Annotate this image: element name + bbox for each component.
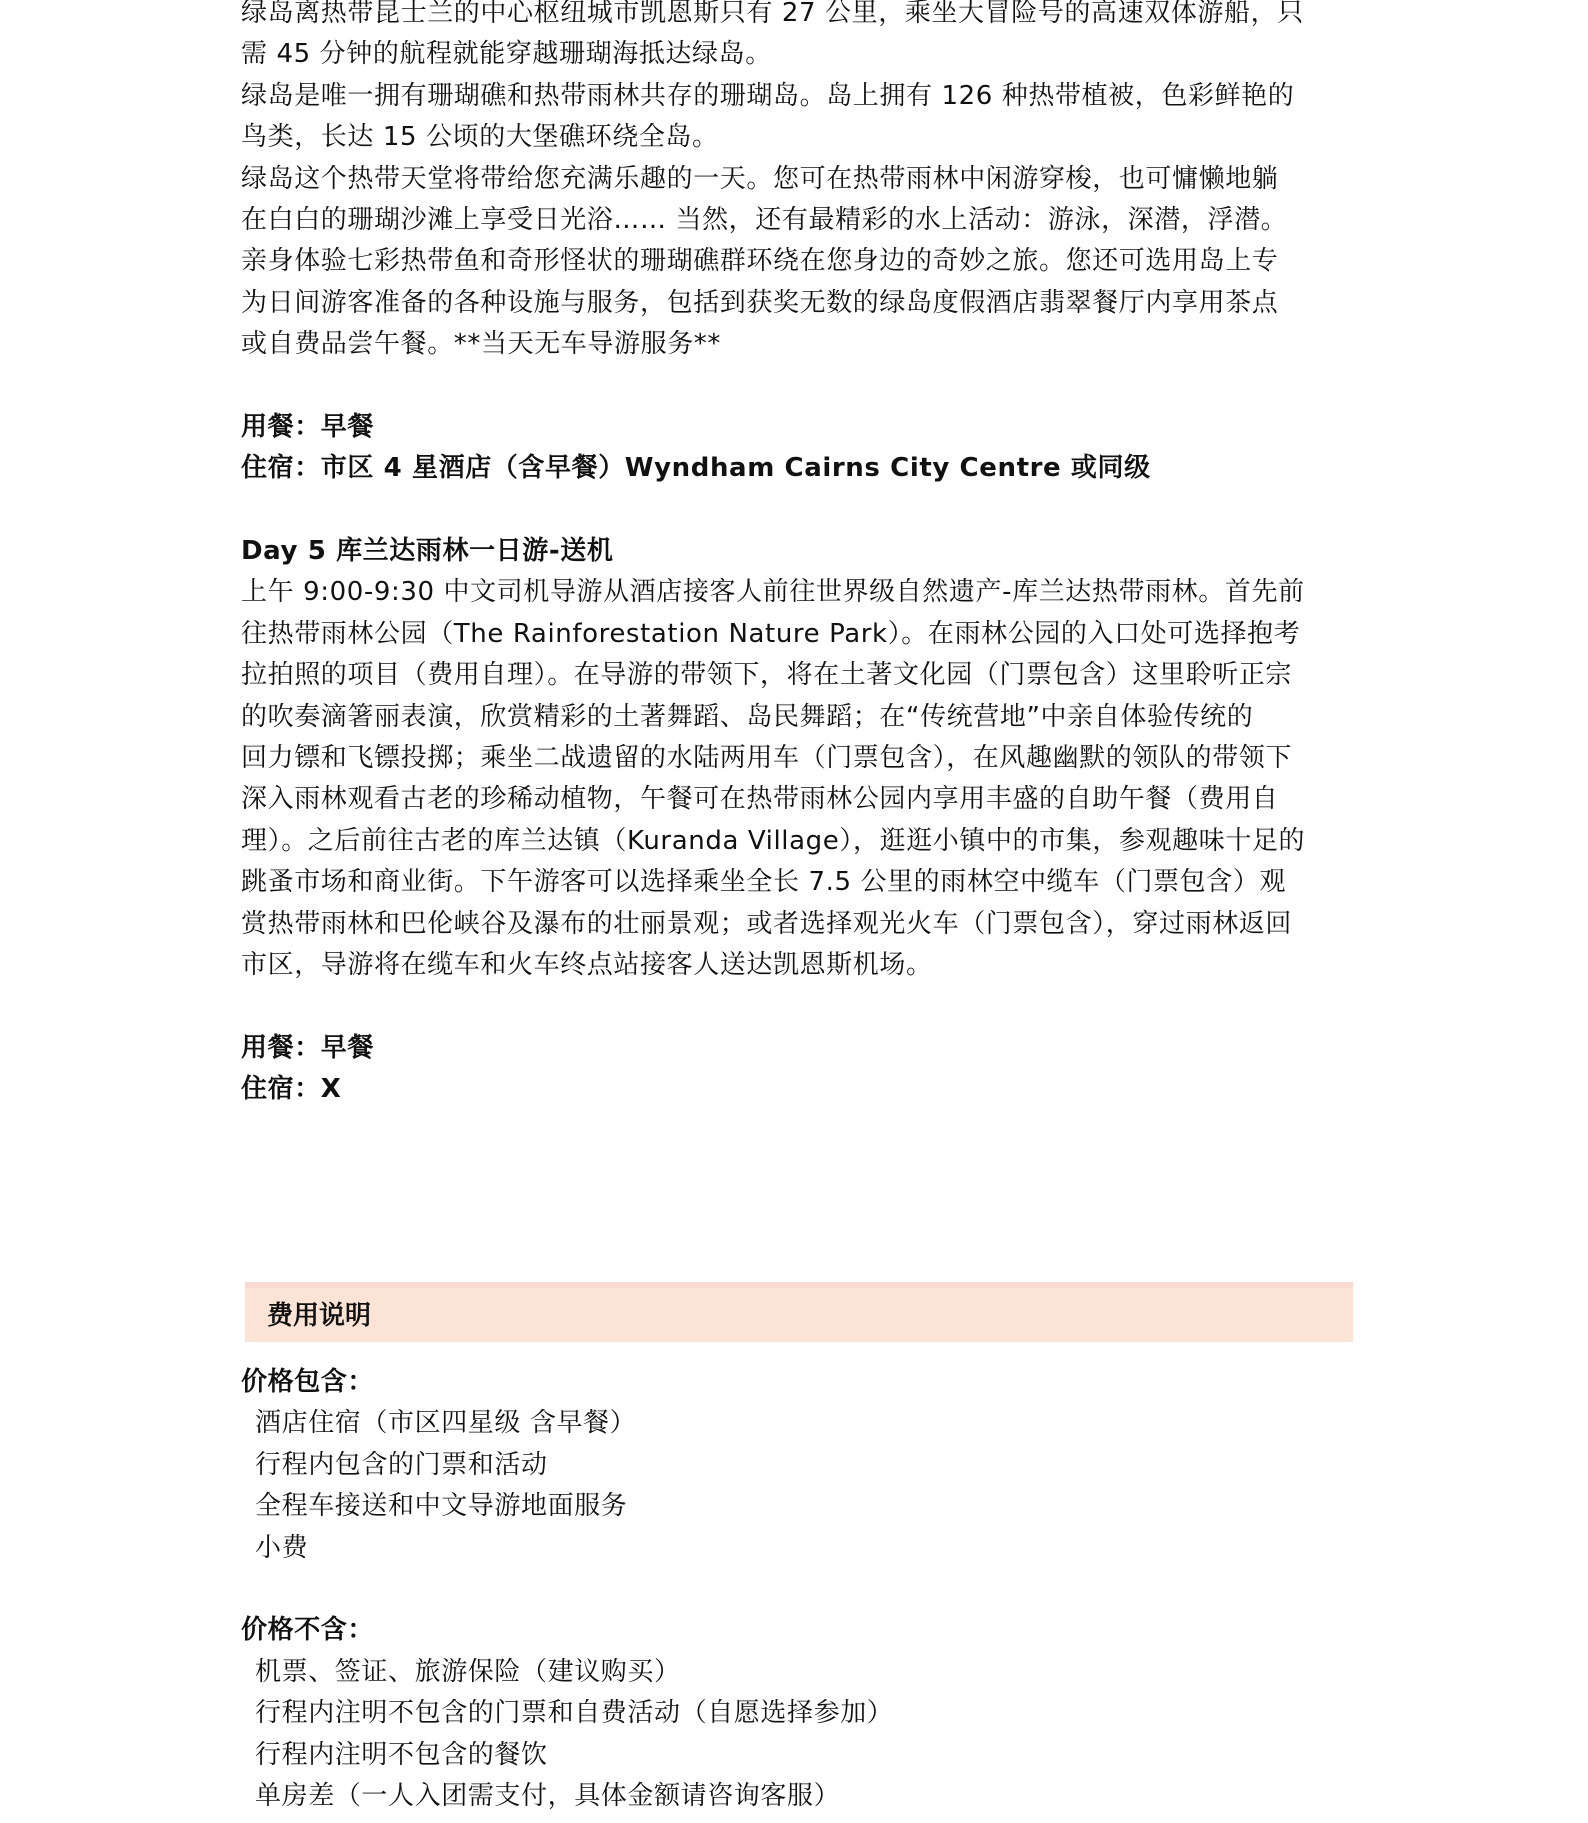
paragraph-line: 在白白的珊瑚沙滩上享受日光浴…… 当然，还有最精彩的水上活动：游泳，深潜，浮潜。: [241, 200, 1361, 241]
day5-meals: 用餐：早餐: [241, 1028, 1361, 1069]
paragraph-line: 或自费品尝午餐。**当天无车导游服务**: [241, 324, 1361, 365]
paragraph-line: 赏热带雨林和巴伦峡谷及瀑布的壮丽景观；或者选择观光火车（门票包含），穿过雨林返回: [241, 904, 1361, 945]
paragraph-line: 绿岛这个热带天堂将带给您充满乐趣的一天。您可在热带雨林中闲游穿梭，也可慵懒地躺: [241, 159, 1361, 200]
day5-lodging: 住宿：X: [241, 1069, 1361, 1110]
includes-item: 行程内包含的门票和活动: [241, 1445, 1361, 1486]
includes-title: 价格包含：: [241, 1362, 1361, 1403]
paragraph-line: 深入雨林观看古老的珍稀动植物，午餐可在热带雨林公园内享用丰盛的自助午餐（费用自: [241, 779, 1361, 820]
itinerary-body: 绿岛离热带昆士兰的中心枢纽城市凯恩斯只有 27 公里，乘坐大冒险号的高速双体游船…: [241, 0, 1361, 1111]
spacer: [241, 1569, 1361, 1610]
spacer: [241, 366, 1361, 407]
excludes-item: 行程内注明不包含的餐饮: [241, 1735, 1361, 1776]
paragraph-line: 亲身体验七彩热带鱼和奇形怪状的珊瑚礁群环绕在您身边的奇妙之旅。您还可选用岛上专: [241, 241, 1361, 282]
excludes-item: 行程内注明不包含的门票和自费活动（自愿选择参加）: [241, 1693, 1361, 1734]
excludes-title: 价格不含：: [241, 1610, 1361, 1651]
paragraph-line: 鸟类，长达 15 公顷的大堡礁环绕全岛。: [241, 117, 1361, 158]
paragraph-line: 回力镖和飞镖投掷；乘坐二战遗留的水陆两用车（门票包含），在风趣幽默的领队的带领下: [241, 738, 1361, 779]
paragraph-line: 上午 9:00-9:30 中文司机导游从酒店接客人前往世界级自然遗产-库兰达热带…: [241, 572, 1361, 613]
paragraph-line: 拉拍照的项目（费用自理）。在导游的带领下，将在土著文化园（门票包含）这里聆听正宗: [241, 655, 1361, 696]
fees-section-banner: 费用说明: [245, 1282, 1353, 1342]
includes-item: 酒店住宿（市区四星级 含早餐）: [241, 1403, 1361, 1444]
fees-section-title: 费用说明: [267, 1296, 371, 1336]
includes-item: 全程车接送和中文导游地面服务: [241, 1486, 1361, 1527]
day4-lodging: 住宿：市区 4 星酒店（含早餐）Wyndham Cairns City Cent…: [241, 448, 1361, 489]
excludes-item: 单房差（一人入团需支付，具体金额请咨询客服）: [241, 1776, 1361, 1817]
paragraph-line: 绿岛离热带昆士兰的中心枢纽城市凯恩斯只有 27 公里，乘坐大冒险号的高速双体游船…: [241, 0, 1361, 34]
paragraph-line: 绿岛是唯一拥有珊瑚礁和热带雨林共存的珊瑚岛。岛上拥有 126 种热带植被，色彩鲜…: [241, 76, 1361, 117]
includes-item: 小费: [241, 1528, 1361, 1569]
paragraph-line: 市区，导游将在缆车和火车终点站接客人送达凯恩斯机场。: [241, 945, 1361, 986]
paragraph-line: 需 45 分钟的航程就能穿越珊瑚海抵达绿岛。: [241, 34, 1361, 75]
paragraph-line: 为日间游客准备的各种设施与服务，包括到获奖无数的绿岛度假酒店翡翠餐厅内享用茶点: [241, 283, 1361, 324]
day5-title: Day 5 库兰达雨林一日游-送机: [241, 531, 1361, 572]
fees-section: 价格包含： 酒店住宿（市区四星级 含早餐） 行程内包含的门票和活动 全程车接送和…: [241, 1362, 1361, 1817]
excludes-item: 机票、签证、旅游保险（建议购买）: [241, 1652, 1361, 1693]
paragraph-line: 理）。之后前往古老的库兰达镇（Kuranda Village），逛逛小镇中的市集…: [241, 821, 1361, 862]
day4-description: 绿岛离热带昆士兰的中心枢纽城市凯恩斯只有 27 公里，乘坐大冒险号的高速双体游船…: [241, 0, 1361, 366]
paragraph-line: 跳蚤市场和商业街。下午游客可以选择乘坐全长 7.5 公里的雨林空中缆车（门票包含…: [241, 862, 1361, 903]
paragraph-line: 往热带雨林公园（The Rainforestation Nature Park）…: [241, 614, 1361, 655]
paragraph-line: 的吹奏滴箸丽表演，欣赏精彩的土著舞蹈、岛民舞蹈；在“传统营地”中亲自体验传统的: [241, 697, 1361, 738]
spacer: [241, 490, 1361, 531]
day5-description: 上午 9:00-9:30 中文司机导游从酒店接客人前往世界级自然遗产-库兰达热带…: [241, 572, 1361, 986]
spacer: [241, 986, 1361, 1027]
day4-meals: 用餐：早餐: [241, 407, 1361, 448]
